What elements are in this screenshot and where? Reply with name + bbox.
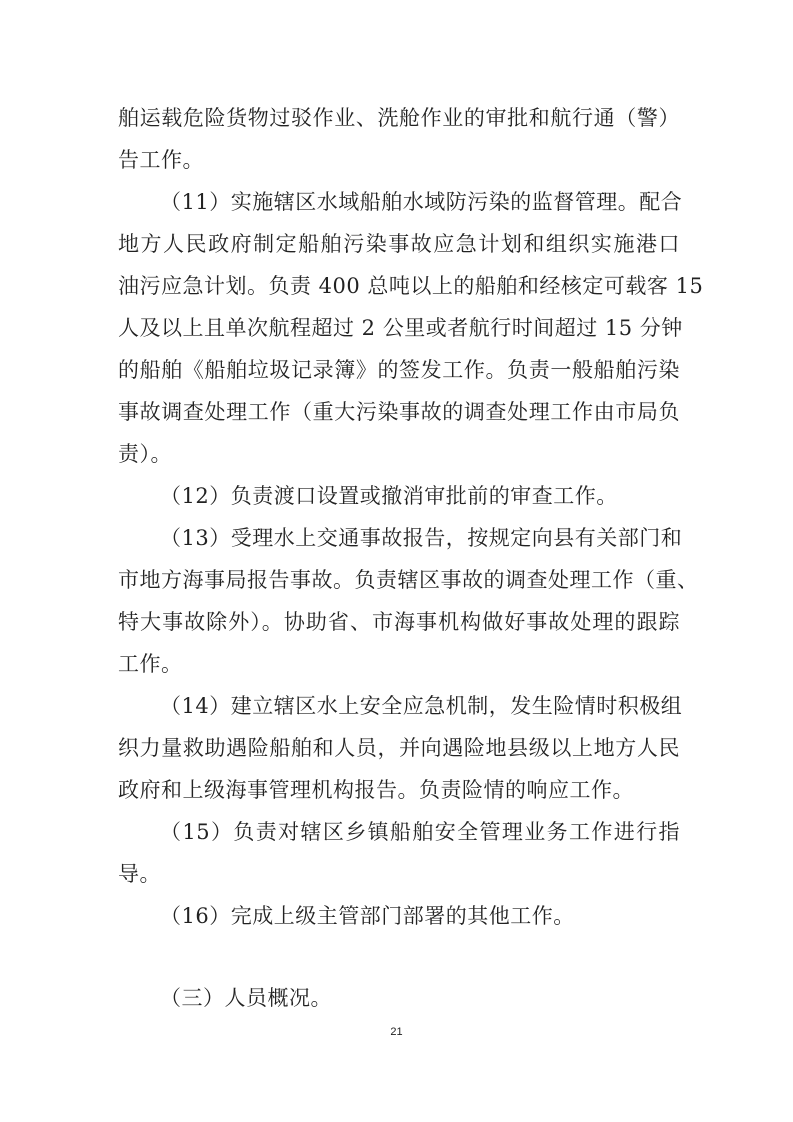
text-line: （12）负责渡口设置或撤消审批前的审查工作。 (160, 482, 680, 510)
document-page: 舶运载危险货物过驳作业、洗舱作业的审批和航行通（警）告工作。（11）实施辖区水域… (0, 0, 793, 1122)
text-line: 的船舶《船舶垃圾记录簿》的签发工作。负责一般船舶污染 (118, 356, 680, 384)
text-line: 人及以上且单次航程超过 2 公里或者航行时间超过 15 分钟 (118, 314, 680, 342)
page-number: 21 (0, 1026, 793, 1038)
text-line: 责）。 (118, 440, 680, 468)
text-line: （11）实施辖区水域船舶水域防污染的监督管理。配合 (160, 188, 680, 216)
text-line: 油污应急计划。负责 400 总吨以上的船舶和经核定可载客 15 (118, 272, 680, 300)
text-line: 导。 (118, 860, 680, 888)
text-line: 事故调查处理工作（重大污染事故的调查处理工作由市局负 (118, 398, 680, 426)
text-line: 织力量救助遇险船舶和人员，并向遇险地县级以上地方人民 (118, 734, 680, 762)
text-line: （15）负责对辖区乡镇船舶安全管理业务工作进行指 (160, 818, 680, 846)
text-line: 工作。 (118, 650, 680, 678)
text-line: 舶运载危险货物过驳作业、洗舱作业的审批和航行通（警） (118, 104, 680, 132)
text-line: 地方人民政府制定船舶污染事故应急计划和组织实施港口 (118, 230, 680, 258)
text-line: （16）完成上级主管部门部署的其他工作。 (160, 902, 680, 930)
text-line: 市地方海事局报告事故。负责辖区事故的调查处理工作（重、 (118, 566, 680, 594)
text-line: （14）建立辖区水上安全应急机制，发生险情时积极组 (160, 692, 680, 720)
text-line: 特大事故除外）。协助省、市海事机构做好事故处理的跟踪 (118, 608, 680, 636)
text-line: 告工作。 (118, 146, 680, 174)
text-line: 政府和上级海事管理机构报告。负责险情的响应工作。 (118, 776, 680, 804)
text-line: （三）人员概况。 (160, 984, 680, 1012)
text-line: （13）受理水上交通事故报告，按规定向县有关部门和 (160, 524, 680, 552)
